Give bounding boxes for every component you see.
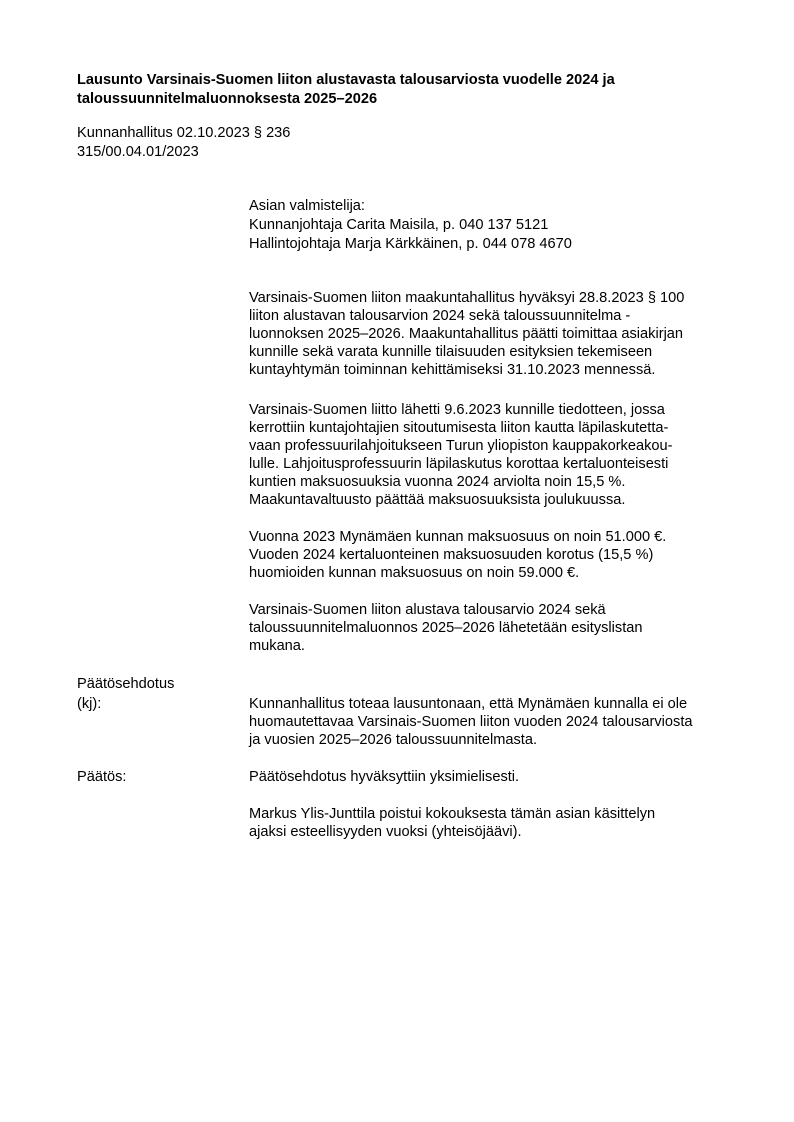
paragraph-line: kerrottiin kuntajohtajien sitoutumisesta… xyxy=(249,419,749,437)
proposal-line: Kunnanhallitus toteaa lausuntonaan, että… xyxy=(249,695,749,713)
meeting-line: Kunnanhallitus 02.10.2023 § 236 xyxy=(77,124,290,143)
paragraph-line: lulle. Lahjoitusprofessuurin läpilaskutu… xyxy=(249,455,749,473)
proposal-line: huomautettavaa Varsinais-Suomen liiton v… xyxy=(249,713,749,731)
proposal-line: ja vuosien 2025–2026 taloussuunnitelmast… xyxy=(249,731,749,749)
paragraph-line: Maakuntavaltuusto päättää maksuosuuksist… xyxy=(249,491,749,509)
paragraph-line: vaan professuurilahjoitukseen Turun ylio… xyxy=(249,437,749,455)
document-page: Lausunto Varsinais-Suomen liiton alustav… xyxy=(0,0,794,1122)
paragraph-line: luonnoksen 2025–2026. Maakuntahallitus p… xyxy=(249,325,749,343)
paragraph-line: Varsinais-Suomen liitto lähetti 9.6.2023… xyxy=(249,401,749,419)
paragraph-line: Vuonna 2023 Mynämäen kunnan maksuosuus o… xyxy=(249,528,749,546)
preparer-line: Hallintojohtaja Marja Kärkkäinen, p. 044… xyxy=(249,235,749,254)
paragraph-line: Vuoden 2024 kertaluonteinen maksuosuuden… xyxy=(249,546,749,564)
proposal-label-line: Päätösehdotus xyxy=(77,675,174,693)
paragraph-line: Varsinais-Suomen liiton maakuntahallitus… xyxy=(249,289,749,307)
note-line: ajaksi esteellisyyden vuoksi (yhteisöjää… xyxy=(249,823,749,841)
preparers-block: Asian valmistelija: Kunnanjohtaja Carita… xyxy=(249,197,749,254)
proposal-label: Päätösehdotus (kj): xyxy=(77,675,174,713)
decision-line: Päätösehdotus hyväksyttiin yksimielisest… xyxy=(249,768,749,786)
decision-note: Markus Ylis-Junttila poistui kokouksesta… xyxy=(249,805,749,841)
paragraph-4: Varsinais-Suomen liiton alustava talousa… xyxy=(249,601,749,655)
decision-label: Päätös: xyxy=(77,768,127,786)
decision-text: Päätösehdotus hyväksyttiin yksimielisest… xyxy=(249,768,749,786)
paragraph-line: liiton alustavan talousarvion 2024 sekä … xyxy=(249,307,749,325)
preparers-heading: Asian valmistelija: xyxy=(249,197,749,216)
title-line: Lausunto Varsinais-Suomen liiton alustav… xyxy=(77,71,717,90)
preparer-line: Kunnanjohtaja Carita Maisila, p. 040 137… xyxy=(249,216,749,235)
record-number: 315/00.04.01/2023 xyxy=(77,143,290,162)
paragraph-line: mukana. xyxy=(249,637,749,655)
paragraph-2: Varsinais-Suomen liitto lähetti 9.6.2023… xyxy=(249,401,749,509)
title-line: taloussuunnitelmaluonnoksesta 2025–2026 xyxy=(77,90,717,109)
paragraph-line: kuntien maksuosuuksia vuonna 2024 arviol… xyxy=(249,473,749,491)
paragraph-line: kunnille sekä varata kunnille tilaisuude… xyxy=(249,343,749,361)
paragraph-1: Varsinais-Suomen liiton maakuntahallitus… xyxy=(249,289,749,379)
paragraph-line: huomioiden kunnan maksuosuus on noin 59.… xyxy=(249,564,749,582)
paragraph-line: Varsinais-Suomen liiton alustava talousa… xyxy=(249,601,749,619)
proposal-text: Kunnanhallitus toteaa lausuntonaan, että… xyxy=(249,695,749,749)
note-line: Markus Ylis-Junttila poistui kokouksesta… xyxy=(249,805,749,823)
paragraph-line: taloussuunnitelmaluonnos 2025–2026 lähet… xyxy=(249,619,749,637)
meeting-meta: Kunnanhallitus 02.10.2023 § 236 315/00.0… xyxy=(77,124,290,162)
proposal-label-line: (kj): xyxy=(77,695,174,713)
document-title: Lausunto Varsinais-Suomen liiton alustav… xyxy=(77,71,717,109)
paragraph-line: kuntayhtymän toiminnan kehittämiseksi 31… xyxy=(249,361,749,379)
paragraph-3: Vuonna 2023 Mynämäen kunnan maksuosuus o… xyxy=(249,528,749,582)
